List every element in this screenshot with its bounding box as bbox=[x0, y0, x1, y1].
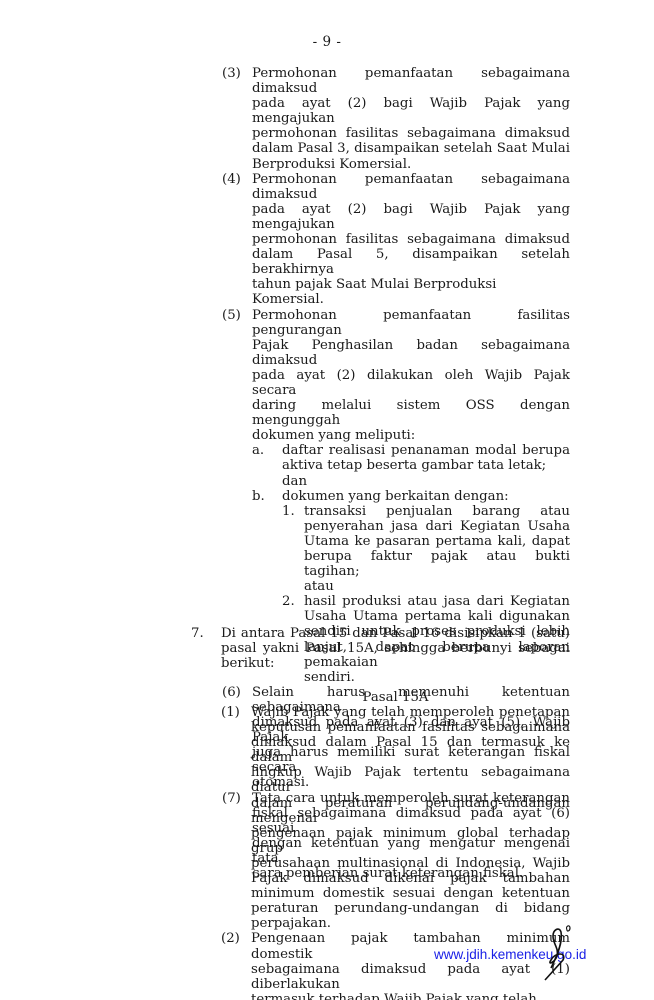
text-line: Wajib Pajak yang telah memperoleh peneta… bbox=[251, 705, 570, 720]
point-7-item-text: Di antara Pasal 15 dan Pasal 16 disisipk… bbox=[221, 626, 570, 671]
text-line: sebagaimana dimaksud pada ayat (1) diber… bbox=[251, 962, 570, 992]
pasal-15a-title: Pasal 15A bbox=[221, 690, 570, 705]
pasal-15a-ayat-2-number: (2) bbox=[221, 931, 251, 1000]
ayat-3-text: Permohonan pemanfaatan sebagaimana dimak… bbox=[252, 66, 570, 172]
text-line: Permohonan pemanfaatan sebagaimana dimak… bbox=[252, 66, 570, 96]
text-line: Utama ke pasaran pertama kali, dapat bbox=[304, 534, 570, 549]
text-line: peraturan perundang-undangan di bidang bbox=[251, 901, 570, 916]
text-line: termasuk terhadap Wajib Pajak yang telah bbox=[251, 992, 570, 1000]
text-line: berupa faktur pajak atau bukti tagihan; bbox=[304, 549, 570, 579]
text-line: lingkup Wajib Pajak tertentu sebagaimana… bbox=[251, 765, 570, 795]
ayat-5-sub-2-sub-1: 1.transaksi penjualan barang ataupenyera… bbox=[282, 504, 570, 595]
text-line: Permohonan pemanfaatan fasilitas pengura… bbox=[252, 308, 570, 338]
text-line: penyerahan jasa dari Kegiatan Usaha bbox=[304, 519, 570, 534]
text-line: berikut: bbox=[221, 656, 570, 671]
pasal-15a-ayat-1: (1)Wajib Pajak yang telah memperoleh pen… bbox=[221, 705, 570, 931]
text-line: minimum domestik sesuai dengan ketentuan bbox=[251, 886, 570, 901]
ayat-5-sub-1-text: daftar realisasi penanaman modal berupaa… bbox=[282, 443, 570, 488]
text-line: Permohonan pemanfaatan sebagaimana dimak… bbox=[252, 172, 570, 202]
text-line: Pajak dimaksud dikenai pajak tambahan bbox=[251, 871, 570, 886]
ayat-3: (3)Permohonan pemanfaatan sebagaimana di… bbox=[222, 66, 570, 172]
text-line: Pajak Penghasilan badan sebagaimana dima… bbox=[252, 338, 570, 368]
ayat-3-number: (3) bbox=[222, 66, 252, 172]
text-line: pengenaan pajak minimum global terhadap … bbox=[251, 826, 570, 856]
paraf-signature-icon bbox=[537, 922, 577, 982]
text-line: atau bbox=[304, 579, 570, 594]
ayat-4-number: (4) bbox=[222, 172, 252, 308]
pasal-15a-ayat-1-number: (1) bbox=[221, 705, 251, 931]
text-line: pasal yakni Pasal 15A, sehingga berbunyi… bbox=[221, 641, 570, 656]
text-line: tahun pajak Saat Mulai Berproduksi Komer… bbox=[252, 277, 570, 307]
text-line: dokumen yang berkaitan dengan: bbox=[282, 489, 570, 504]
text-line: pada ayat (2) bagi Wajib Pajak yang meng… bbox=[252, 202, 570, 232]
text-line: daftar realisasi penanaman modal berupa bbox=[282, 443, 570, 458]
point-7: 7.Di antara Pasal 15 dan Pasal 16 disisi… bbox=[191, 626, 570, 671]
ayat-4: (4)Permohonan pemanfaatan sebagaimana di… bbox=[222, 172, 570, 308]
point-7-item-number: 7. bbox=[191, 626, 221, 671]
text-line: dimaksud dalam Pasal 15 dan termasuk ke … bbox=[251, 735, 570, 765]
text-line: keputusan pemanfaatan fasilitas sebagaim… bbox=[251, 720, 570, 735]
text-line: hasil produksi atau jasa dari Kegiatan bbox=[304, 594, 570, 609]
text-line: transaksi penjualan barang atau bbox=[304, 504, 570, 519]
text-line: dokumen yang meliputi: bbox=[252, 428, 570, 443]
text-line: perusahaan multinasional di Indonesia, W… bbox=[251, 856, 570, 871]
text-line: pada ayat (2) bagi Wajib Pajak yang meng… bbox=[252, 96, 570, 126]
pasal-15a-ayat-2-text: Pengenaan pajak tambahan minimum domesti… bbox=[251, 931, 570, 1000]
text-line: aktiva tetap beserta gambar tata letak; … bbox=[282, 458, 570, 488]
text-line: pada ayat (2) dilakukan oleh Wajib Pajak… bbox=[252, 368, 570, 398]
ayat-5-sub-2-sub-1-number: 1. bbox=[282, 504, 304, 595]
text-line: sendiri. bbox=[304, 670, 570, 685]
text-line: Berproduksi Komersial. bbox=[252, 157, 570, 172]
ayat-5-sub-2-sub-1-text: transaksi penjualan barang ataupenyeraha… bbox=[304, 504, 570, 595]
text-line: dalam peraturan perundang-undangan menge… bbox=[251, 796, 570, 826]
ayat-5-sub-1: a.daftar realisasi penanaman modal berup… bbox=[252, 443, 570, 488]
text-line: perpajakan. bbox=[251, 916, 570, 931]
pasal-15a-ayat-1-text: Wajib Pajak yang telah memperoleh peneta… bbox=[251, 705, 570, 931]
ayat-5-sub-1-number: a. bbox=[252, 443, 282, 488]
point-7-item: 7.Di antara Pasal 15 dan Pasal 16 disisi… bbox=[191, 626, 570, 671]
text-line: daring melalui sistem OSS dengan mengung… bbox=[252, 398, 570, 428]
text-line: Di antara Pasal 15 dan Pasal 16 disisipk… bbox=[221, 626, 570, 641]
pasal-15a-ayat-2: (2)Pengenaan pajak tambahan minimum dome… bbox=[221, 931, 570, 1000]
text-line: dalam Pasal 5, disampaikan setelah berak… bbox=[252, 247, 570, 277]
text-line: Usaha Utama pertama kali digunakan bbox=[304, 609, 570, 624]
text-line: permohonan fasilitas sebagaimana dimaksu… bbox=[252, 232, 570, 247]
page-number: - 9 - bbox=[0, 34, 654, 50]
text-line: permohonan fasilitas sebagaimana dimaksu… bbox=[252, 126, 570, 141]
ayat-4-text: Permohonan pemanfaatan sebagaimana dimak… bbox=[252, 172, 570, 308]
text-line: dalam Pasal 3, disampaikan setelah Saat … bbox=[252, 141, 570, 156]
